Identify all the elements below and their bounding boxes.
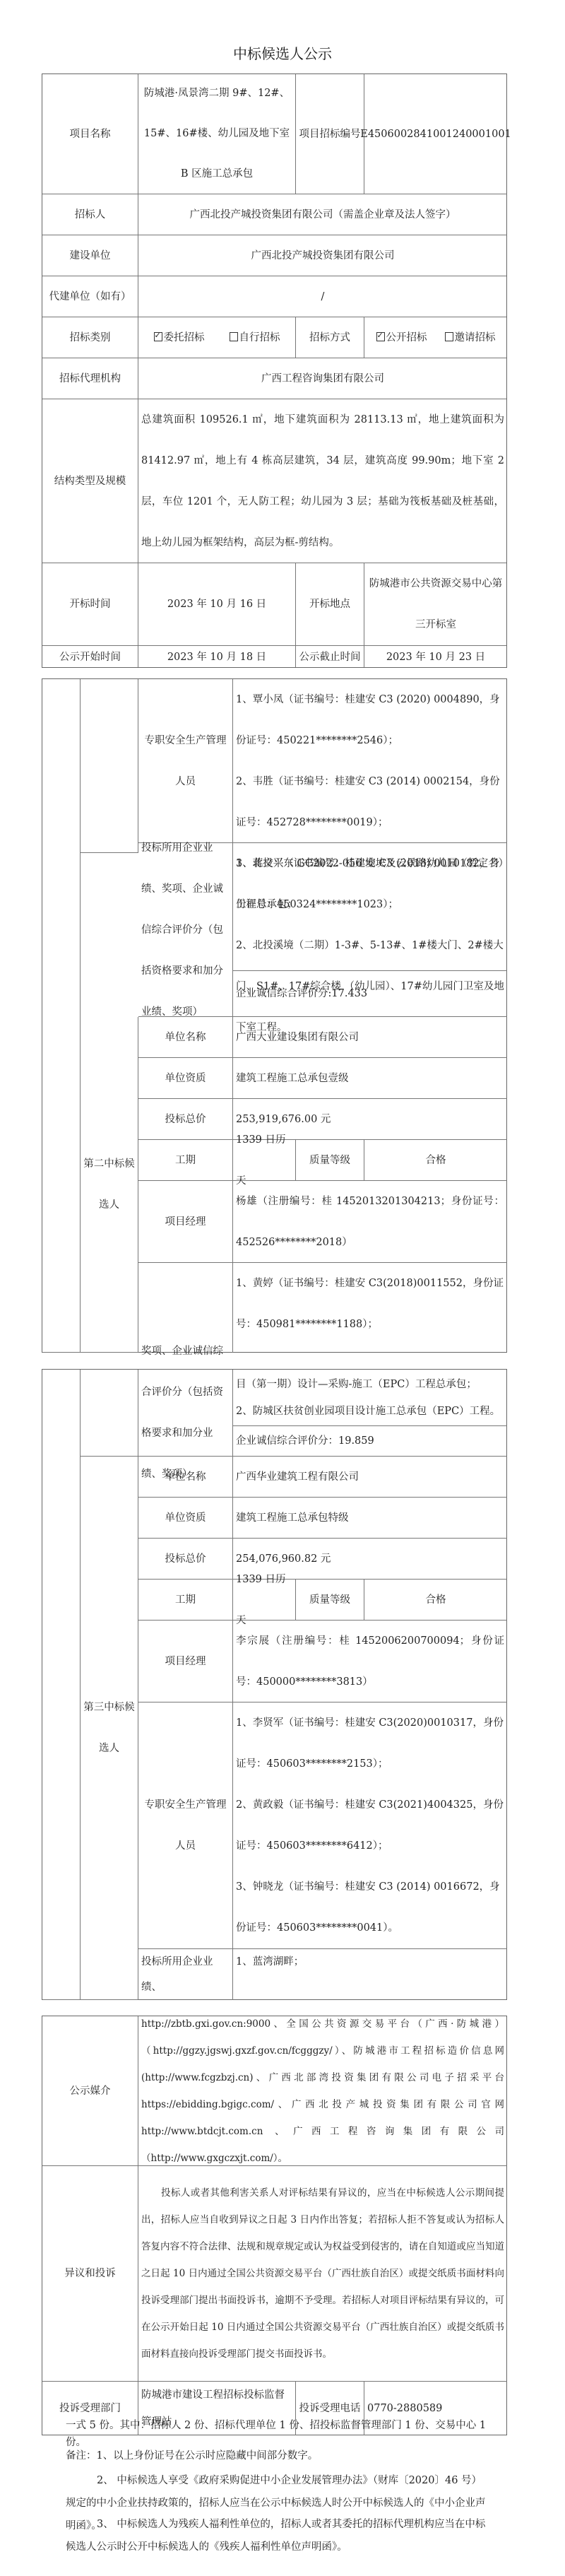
- label-period-2: 工期: [138, 1140, 233, 1181]
- value-safety-3: 1、李贤军（证书编号：桂建安 C3(2020)0010317，身份证号：4506…: [233, 1702, 507, 1949]
- label-name-2: 单位名称: [138, 1017, 233, 1058]
- value-quality-3: 合格: [364, 1580, 507, 1621]
- label-performance-2: 奖项、企业诚信综合评价分（包括资格要求和加分业绩、奖项）: [138, 1370, 233, 1457]
- value-project-code: E4506002841001240001001: [364, 74, 507, 194]
- label-safety-3: 专职安全生产管理人员: [138, 1702, 233, 1949]
- candidate-2-rank: 第二中标候选人: [81, 1017, 138, 1353]
- col-candidate-1-cont: [81, 679, 138, 853]
- table-segment-1c: [42, 271, 507, 668]
- table-segment-4: 公示媒介 http://zbtb.gxi.gov.cn:9000、全国公共资源交…: [42, 2016, 507, 2435]
- label-performance-3: 投标所用企业业绩、: [138, 1949, 233, 2000]
- label-name-3: 单位名称: [138, 1457, 233, 1498]
- value-performance-2: 目（第一期）设计—采购-施工（EPC）工程总承包； 2、防城区扶贫创业园项目设计…: [233, 1370, 507, 1426]
- value-credit-1: 企业诚信综合评价分:17.433: [233, 971, 507, 1017]
- label-period-3: 工期: [138, 1580, 233, 1621]
- candidate-2-cont: [81, 1370, 138, 1457]
- value-period-2: 1339 日历天: [233, 1140, 296, 1181]
- value-quality-2: 合格: [364, 1140, 507, 1181]
- label-quality-2: 质量等级: [296, 1140, 364, 1181]
- footer-note-1: 备注：1、以上身份证号在公示时应隐藏中间部分数字。: [66, 2447, 489, 2464]
- label-qual-3: 单位资质: [138, 1498, 233, 1539]
- footer-copies: 一式 5 份。其中：招标人 2 份、招标代理单位 1 份、招投标监督管理部门 1…: [66, 2417, 489, 2451]
- value-qual-3: 建筑工程施工总承包特级: [233, 1498, 507, 1539]
- value-name-2: 广西大业建设集团有限公司: [233, 1017, 507, 1058]
- value-period-3: 1339 日历天: [233, 1580, 296, 1621]
- col-outer: [42, 679, 81, 1353]
- label-performance-1: 投标所用企业业绩、奖项、企业诚信综合评价分（包括资格要求和加分业绩、奖项）: [138, 843, 233, 1017]
- table-segment-2: 专职安全生产管理人员 1、覃小凤（证书编号：桂建安 C3 (2020) 0004…: [42, 678, 507, 1353]
- label-project-code: 项目招标编号: [296, 74, 364, 194]
- value-objection: 投标人或者其他利害关系人对评标结果有异议的，应当在中标候选人公示期间提出，招标人…: [138, 2166, 507, 2382]
- label-manager-3: 项目经理: [138, 1621, 233, 1702]
- footer-note-3: 3、 中标候选人为残疾人福利性单位的，招标人或者其委托的招标代理机构应当在中标候…: [66, 2513, 489, 2558]
- value-manager-3: 李宗展（注册编号：桂 1452006200700094；身份证号：450000*…: [233, 1621, 507, 1702]
- value-safety-2: 1、黄婷（证书编号：桂建安 C3(2018)0011552，身份证号：45098…: [233, 1263, 507, 1353]
- value-media: http://zbtb.gxi.gov.cn:9000、全国公共资源交易平台（广…: [138, 2016, 507, 2166]
- value-project-name: 防城港·凤景湾二期 9#、12#、15#、16#楼、幼儿园及地下室 B 区施工总…: [138, 74, 296, 194]
- label-tenderer: 招标人: [42, 194, 138, 235]
- label-manager-2: 项目经理: [138, 1181, 233, 1263]
- page-title: 中标候选人公示: [0, 42, 565, 63]
- label-qual-2: 单位资质: [138, 1058, 233, 1099]
- label-safety-1: 专职安全生产管理人员: [138, 679, 233, 843]
- label-price-2: 投标总价: [138, 1099, 233, 1140]
- candidate-3-rank: 第三中标候选人: [81, 1457, 138, 2000]
- label-price-3: 投标总价: [138, 1539, 233, 1580]
- value-performance-3: 1、蓝湾湖畔；: [233, 1949, 507, 2000]
- value-tenderer: 广西北投产城投资集团有限公司（需盖企业章及法人签字）: [138, 194, 507, 235]
- value-credit-2: 企业诚信综合评价分：19.859: [233, 1426, 507, 1457]
- label-project-name: 项目名称: [42, 74, 138, 194]
- label-media: 公示媒介: [42, 2016, 138, 2166]
- value-safety-1: 1、覃小凤（证书编号：桂建安 C3 (2020) 0004890，身份证号：45…: [233, 679, 507, 843]
- value-manager-2: 杨雄（注册编号：桂 1452013201304213；身份证号：452526**…: [233, 1181, 507, 1263]
- value-name-3: 广西华业建筑工程有限公司: [233, 1457, 507, 1498]
- table-segment-3: 奖项、企业诚信综合评价分（包括资格要求和加分业绩、奖项） 目（第一期）设计—采购…: [42, 1369, 507, 2000]
- label-objection: 异议和投诉: [42, 2166, 138, 2382]
- value-qual-2: 建筑工程施工总承包壹级: [233, 1058, 507, 1099]
- value-performance-1: 1、北投兴东 GC2022-056 地块及云景路幼儿园（暂定名）工程总承包； 2…: [233, 843, 507, 971]
- label-quality-3: 质量等级: [296, 1580, 364, 1621]
- col-outer: [42, 1370, 81, 2000]
